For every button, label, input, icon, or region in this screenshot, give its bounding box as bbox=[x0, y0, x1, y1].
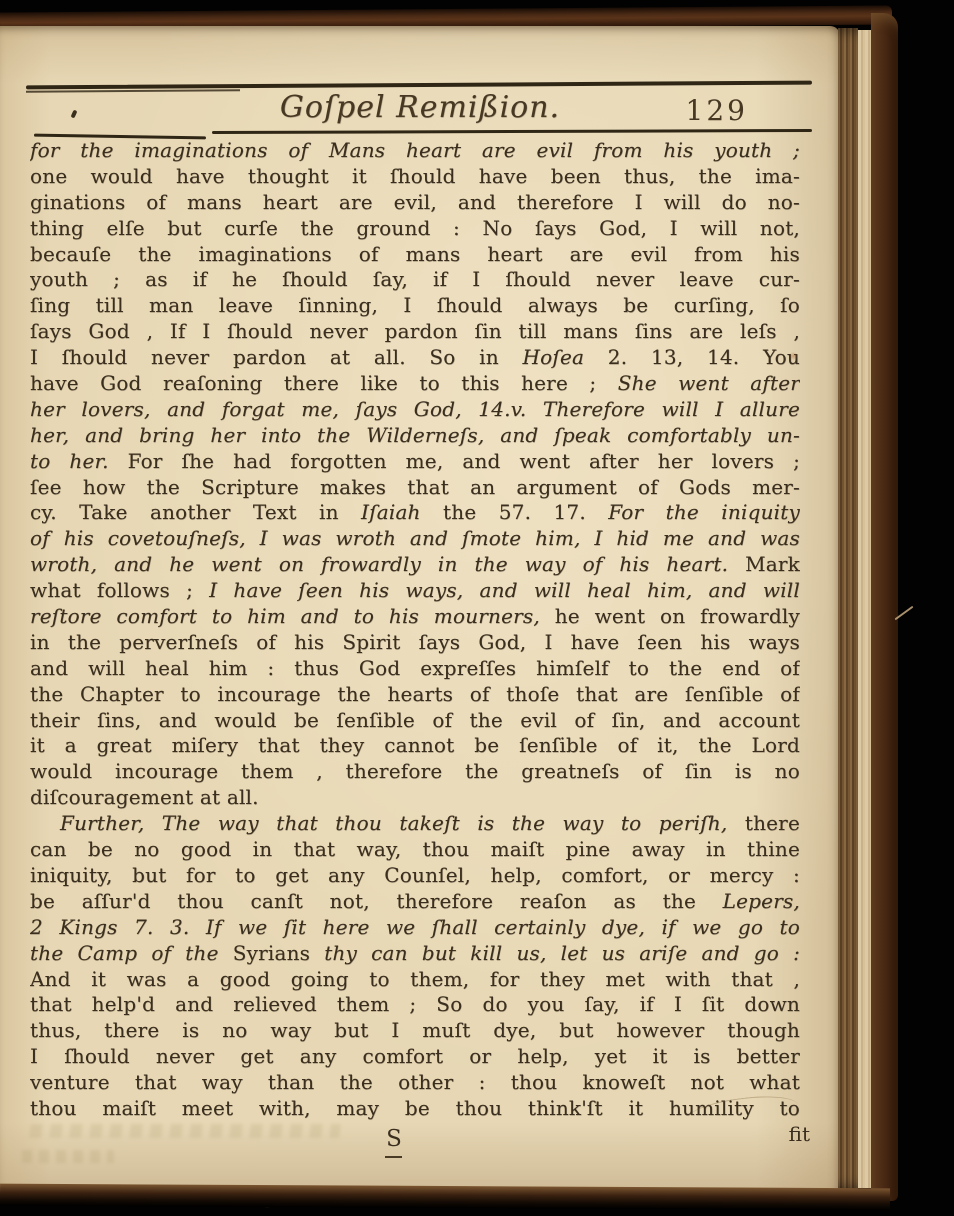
book-photo: Goſpel Remißion. 129 for the imagination… bbox=[0, 0, 954, 1216]
roman-segment: their ſins, and would be ſenſible of the… bbox=[30, 708, 800, 732]
italic-segment: her lovers, and forgat me, ſays God, 14.… bbox=[30, 397, 800, 421]
italic-segment: the Camp of the bbox=[30, 941, 233, 965]
roman-segment: it a great miſery that they cannot be ſe… bbox=[30, 733, 800, 757]
text-block: for the imaginations of Mans heart are e… bbox=[30, 138, 800, 1122]
header-rule-top bbox=[26, 81, 812, 90]
text-line: of his covetouſneſs, I was wroth and ſmo… bbox=[30, 526, 800, 552]
roman-segment: youth ; as if he ſhould ſay, if I ſhould… bbox=[30, 267, 800, 291]
text-line: diſcouragement at all. bbox=[30, 785, 800, 811]
roman-segment: I ſhould never pardon at all. So in bbox=[30, 345, 523, 369]
book-bottom-edge bbox=[0, 1184, 890, 1211]
italic-segment: of his covetouſneſs, I was wroth and ſmo… bbox=[30, 526, 800, 550]
italic-segment: Further, The way that thou takeſt is the… bbox=[60, 811, 727, 835]
text-line: the Camp of the Syrians thy can but kill… bbox=[30, 941, 800, 967]
roman-segment: For ſhe had forgotten me, and went after… bbox=[109, 449, 800, 473]
text-line: thou maiſt meet with, may be thou think'… bbox=[30, 1096, 800, 1122]
roman-segment: 2. 13, 14. You bbox=[584, 345, 800, 369]
text-line: I ſhould never pardon at all. So in Hoſe… bbox=[30, 345, 800, 371]
roman-segment: becauſe the imaginations of mans heart a… bbox=[30, 242, 800, 266]
signature-underline bbox=[385, 1156, 402, 1158]
text-line: ſays God , If I ſhould never pardon ſin … bbox=[30, 319, 800, 345]
show-through-smudge bbox=[29, 1124, 340, 1138]
roman-segment: the 57. 17. bbox=[421, 500, 609, 524]
roman-segment: cy. Take another Text in bbox=[30, 500, 361, 524]
roman-segment: thus, there is no way but I muſt dye, bu… bbox=[30, 1018, 800, 1042]
text-line: that help'd and relieved them ; So do yo… bbox=[30, 992, 800, 1018]
page-edges-light-band bbox=[858, 30, 871, 1188]
italic-segment: Hoſea bbox=[523, 345, 585, 369]
roman-segment: Syrians bbox=[233, 941, 325, 965]
roman-segment: in the perverſneſs of his Spirit ſays Go… bbox=[30, 630, 800, 654]
text-line: the Chapter to incourage the hearts of t… bbox=[30, 682, 800, 708]
text-line: for the imaginations of Mans heart are e… bbox=[30, 138, 800, 164]
header-rule-bottom-right bbox=[212, 129, 812, 134]
roman-segment: ſays God , If I ſhould never pardon ſin … bbox=[30, 319, 800, 343]
text-line: thing elſe but curſe the ground : No ſay… bbox=[30, 216, 800, 242]
italic-segment: She went after bbox=[618, 371, 800, 395]
book-cover-fore-edge bbox=[871, 13, 898, 1201]
text-line: youth ; as if he ſhould ſay, if I ſhould… bbox=[30, 267, 800, 293]
italic-segment: thy can but kill us, let us ariſe and go… bbox=[324, 941, 800, 965]
italic-segment: 2 Kings 7. 3. If we ſit here we ſhall ce… bbox=[30, 915, 800, 939]
roman-segment: I ſhould never get any comfort or help, … bbox=[30, 1044, 800, 1068]
roman-segment: And it was a good going to them, for the… bbox=[30, 967, 800, 991]
italic-segment: wroth, and he went on frowardly in the w… bbox=[30, 552, 728, 576]
roman-segment: be aſſur'd thou canſt not, therefore rea… bbox=[30, 889, 723, 913]
text-line: reſtore comfort to him and to his mourne… bbox=[30, 604, 800, 630]
signature-mark: S bbox=[376, 1126, 412, 1152]
page-number: 129 bbox=[660, 94, 748, 127]
text-line: And it was a good going to them, for the… bbox=[30, 967, 800, 993]
roman-segment: Mark bbox=[728, 552, 800, 576]
text-line: their ſins, and would be ſenſible of the… bbox=[30, 708, 800, 734]
italic-segment: reſtore comfort to him and to his mourne… bbox=[30, 604, 540, 628]
italic-segment: Iſaiah bbox=[361, 500, 421, 524]
show-through-smudge bbox=[22, 1150, 114, 1163]
roman-segment: and will heal him : thus God expreſſes h… bbox=[30, 656, 800, 680]
italic-segment: For the iniquity bbox=[608, 500, 800, 524]
text-line: I ſhould never get any comfort or help, … bbox=[30, 1044, 800, 1070]
text-line: ſee how the Scripture makes that an argu… bbox=[30, 475, 800, 501]
text-line: have God reaſoning there like to this he… bbox=[30, 371, 800, 397]
roman-segment: iniquity, but for to get any Counſel, he… bbox=[30, 863, 800, 887]
roman-segment: the Chapter to incourage the hearts of t… bbox=[30, 682, 800, 706]
text-line: to her. For ſhe had forgotten me, and we… bbox=[30, 449, 800, 475]
italic-segment: I have ſeen his ways, and will heal him,… bbox=[209, 578, 800, 602]
catchword: fit bbox=[740, 1122, 810, 1146]
roman-segment: one would have thought it ſhould have be… bbox=[30, 164, 800, 188]
roman-segment: what follows ; bbox=[30, 578, 209, 602]
roman-segment: can be no good in that way, thou maiſt p… bbox=[30, 837, 800, 861]
italic-segment: to her. bbox=[30, 449, 109, 473]
roman-segment: venture that way than the other : thou k… bbox=[30, 1070, 800, 1094]
text-line: it a great miſery that they cannot be ſe… bbox=[30, 733, 800, 759]
text-line: her, and bring her into the Wilderneſs, … bbox=[30, 423, 800, 449]
roman-segment: there bbox=[727, 811, 800, 835]
roman-segment: would incourage them , therefore the gre… bbox=[30, 759, 800, 783]
text-line: in the perverſneſs of his Spirit ſays Go… bbox=[30, 630, 800, 656]
text-line: wroth, and he went on frowardly in the w… bbox=[30, 552, 800, 578]
page-edges-dark-band bbox=[838, 28, 858, 1190]
text-line: what follows ; I have ſeen his ways, and… bbox=[30, 578, 800, 604]
roman-segment: he went on frowardly bbox=[540, 604, 800, 628]
text-line: be aſſur'd thou canſt not, therefore rea… bbox=[30, 889, 800, 915]
book-page: Goſpel Remißion. 129 for the imagination… bbox=[0, 26, 840, 1192]
text-line: ginations of mans heart are evil, and th… bbox=[30, 190, 800, 216]
text-line: her lovers, and forgat me, ſays God, 14.… bbox=[30, 397, 800, 423]
roman-segment: have God reaſoning there like to this he… bbox=[30, 371, 618, 395]
roman-segment: thing elſe but curſe the ground : No ſay… bbox=[30, 216, 800, 240]
text-line: one would have thought it ſhould have be… bbox=[30, 164, 800, 190]
roman-segment: ſee how the Scripture makes that an argu… bbox=[30, 475, 800, 499]
italic-segment: for the imaginations of Mans heart are e… bbox=[30, 138, 800, 162]
text-line: iniquity, but for to get any Counſel, he… bbox=[30, 863, 800, 889]
text-line: 2 Kings 7. 3. If we ſit here we ſhall ce… bbox=[30, 915, 800, 941]
roman-segment: ginations of mans heart are evil, and th… bbox=[30, 190, 800, 214]
text-line: can be no good in that way, thou maiſt p… bbox=[30, 837, 800, 863]
roman-segment: diſcouragement at all. bbox=[30, 785, 259, 809]
text-line: and will heal him : thus God expreſſes h… bbox=[30, 656, 800, 682]
italic-segment: her, and bring her into the Wilderneſs, … bbox=[30, 423, 800, 447]
text-line: thus, there is no way but I muſt dye, bu… bbox=[30, 1018, 800, 1044]
paper-stain bbox=[789, 352, 798, 360]
text-line: becauſe the imaginations of mans heart a… bbox=[30, 242, 800, 268]
italic-segment: Lepers, bbox=[723, 889, 800, 913]
roman-segment: that help'd and relieved them ; So do yo… bbox=[30, 992, 800, 1016]
text-line: Further, The way that thou takeſt is the… bbox=[30, 811, 800, 837]
text-line: cy. Take another Text in Iſaiah the 57. … bbox=[30, 500, 800, 526]
text-line: ſing till man leave ſinning, I ſhould al… bbox=[30, 293, 800, 319]
text-line: venture that way than the other : thou k… bbox=[30, 1070, 800, 1096]
text-line: would incourage them , therefore the gre… bbox=[30, 759, 800, 785]
roman-segment: ſing till man leave ſinning, I ſhould al… bbox=[30, 293, 800, 317]
roman-segment: thou maiſt meet with, may be thou think'… bbox=[30, 1096, 800, 1120]
